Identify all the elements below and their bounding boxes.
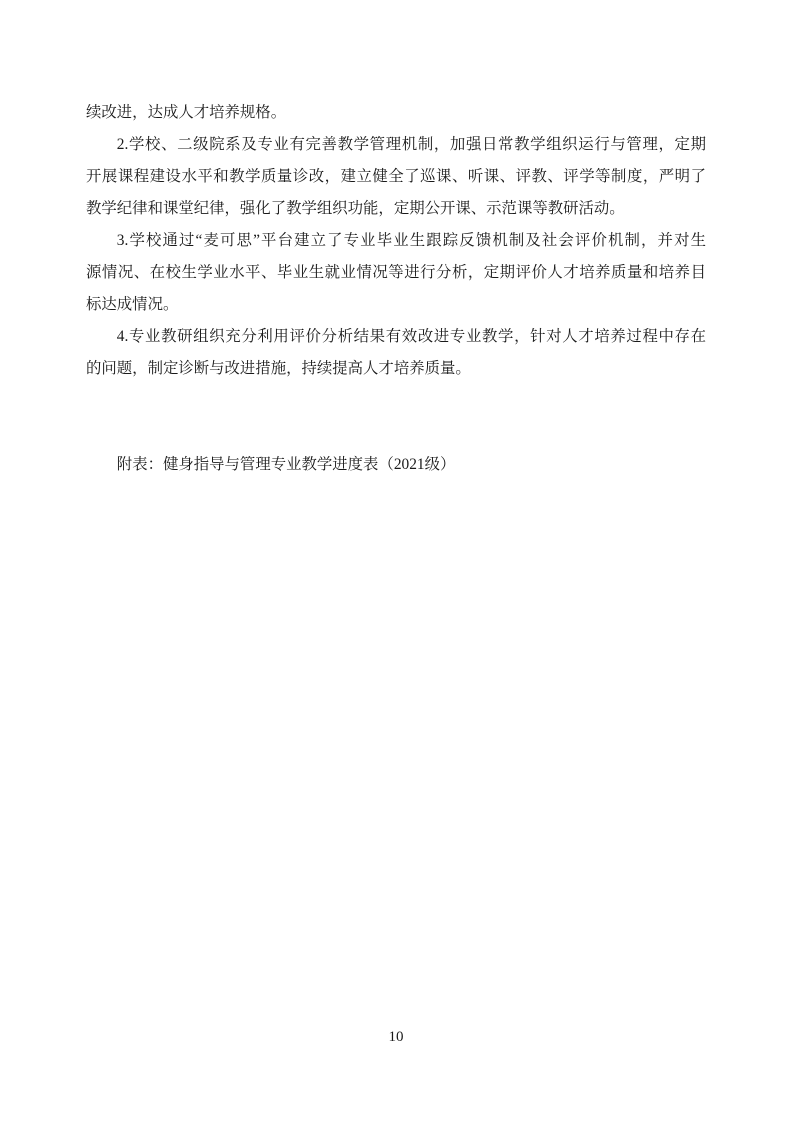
text-line: 标达成情况。 xyxy=(86,289,706,321)
text-line: 2.学校、二级院系及专业有完善教学管理机制，加强日常教学组织运行与管理，定期 xyxy=(86,129,706,161)
paragraph-continuation: 续改进，达成人才培养规格。 xyxy=(86,97,706,129)
text-line: 教学纪律和课堂纪律，强化了教学组织功能，定期公开课、示范课等教研活动。 xyxy=(86,193,706,225)
page-footer: 10 xyxy=(0,1028,792,1046)
document-page: 续改进，达成人才培养规格。 2.学校、二级院系及专业有完善教学管理机制，加强日常… xyxy=(0,0,792,1121)
page-content: 续改进，达成人才培养规格。 2.学校、二级院系及专业有完善教学管理机制，加强日常… xyxy=(86,97,706,481)
page-number: 10 xyxy=(389,1029,404,1045)
text-line: 的问题，制定诊断与改进措施，持续提高人才培养质量。 xyxy=(86,353,706,385)
text-line: 4.专业教研组织充分利用评价分析结果有效改进专业教学，针对人才培养过程中存在 xyxy=(86,321,706,353)
attachment-note-paragraph: 附表：健身指导与管理专业教学进度表（2021级） xyxy=(86,449,706,481)
text-line: 开展课程建设水平和教学质量诊改，建立健全了巡课、听课、评教、评学等制度，严明了 xyxy=(86,161,706,193)
text-line: 3.学校通过“麦可思”平台建立了专业毕业生跟踪反馈机制及社会评价机制，并对生 xyxy=(86,225,706,257)
paragraph-item-3: 3.学校通过“麦可思”平台建立了专业毕业生跟踪反馈机制及社会评价机制，并对生 源… xyxy=(86,225,706,321)
attachment-note: 附表：健身指导与管理专业教学进度表（2021级） xyxy=(86,449,706,481)
text-line: 续改进，达成人才培养规格。 xyxy=(86,97,706,129)
paragraph-item-4: 4.专业教研组织充分利用评价分析结果有效改进专业教学，针对人才培养过程中存在 的… xyxy=(86,321,706,385)
text-line: 源情况、在校生学业水平、毕业生就业情况等进行分析，定期评价人才培养质量和培养目 xyxy=(86,257,706,289)
paragraph-item-2: 2.学校、二级院系及专业有完善教学管理机制，加强日常教学组织运行与管理，定期 开… xyxy=(86,129,706,225)
